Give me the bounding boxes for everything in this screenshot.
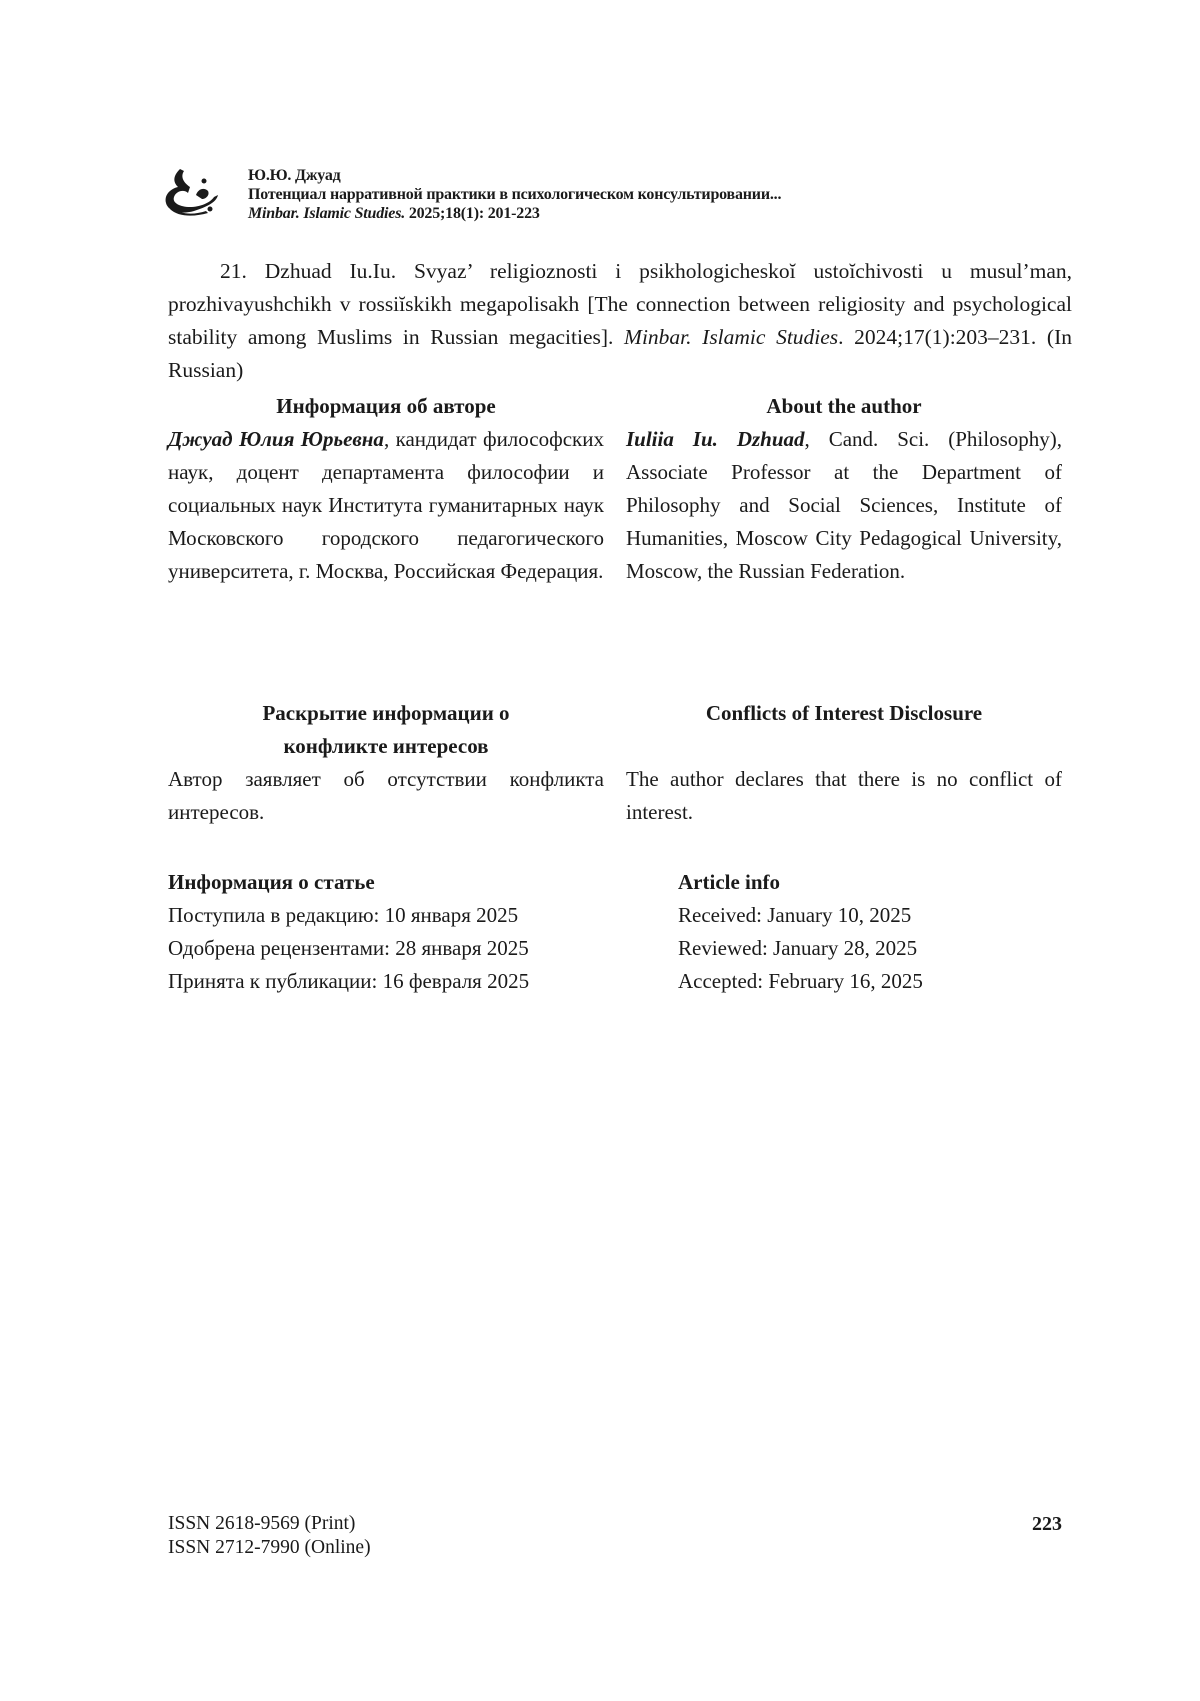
conflicts-en: Conflicts of Interest Disclosure The aut… (626, 697, 1062, 829)
reference-journal: Minbar. Islamic Studies (624, 325, 838, 349)
header-volume-pages: 2025;18(1): 201-223 (405, 205, 540, 222)
conflicts-en-title: Conflicts of Interest Disclosure (626, 697, 1062, 730)
issn-print: ISSN 2618-9569 (Print) (168, 1512, 371, 1536)
journal-logo-icon (160, 165, 222, 221)
article-info-en: Article info Received: January 10, 2025 … (678, 866, 923, 998)
author-info-ru-title: Информация об авторе (168, 390, 604, 423)
article-info-ru-title: Информация о статье (168, 866, 529, 899)
header-author: Ю.Ю. Джуад (248, 166, 781, 185)
article-info-ru: Информация о статье Поступила в редакцию… (168, 866, 529, 998)
article-info-en-title: Article info (678, 866, 923, 899)
header-citation: Minbar. Islamic Studies. 2025;18(1): 201… (248, 204, 781, 223)
header-journal-name: Minbar. Islamic Studies. (248, 205, 405, 222)
author-name-ru: Джуад Юлия Юрьевна (168, 427, 384, 451)
article-accepted-ru: Принята к публикации: 16 февраля 2025 (168, 965, 529, 998)
article-accepted-en: Accepted: February 16, 2025 (678, 965, 923, 998)
page-number: 223 (1032, 1512, 1062, 1536)
conflicts-en-text: The author declares that there is no con… (626, 763, 1062, 829)
issn-online: ISSN 2712-7990 (Online) (168, 1536, 371, 1560)
author-info-ru-text: Джуад Юлия Юрьевна, кандидат философских… (168, 423, 604, 588)
header-article-title: Потенциал нарративной практики в психоло… (248, 185, 781, 204)
author-name-en: Iuliia Iu. Dzhuad (626, 427, 805, 451)
running-header: Ю.Ю. Джуад Потенциал нарративной практик… (248, 166, 781, 223)
author-info-en-text: Iuliia Iu. Dzhuad, Cand. Sci. (Philosoph… (626, 423, 1062, 588)
conflicts-ru: Раскрытие информации о конфликте интерес… (168, 697, 604, 829)
conflicts-ru-text: Автор заявляет об отсутствии конфликта и… (168, 763, 604, 829)
reference-21: 21. Dzhuad Iu.Iu. Svyaz’ religioznosti i… (168, 255, 1072, 387)
article-reviewed-ru: Одобрена рецензентами: 28 января 2025 (168, 932, 529, 965)
author-info-en-title: About the author (626, 390, 1062, 423)
article-reviewed-en: Reviewed: January 28, 2025 (678, 932, 923, 965)
conflicts-ru-title: Раскрытие информации о конфликте интерес… (168, 697, 604, 763)
article-received-en: Received: January 10, 2025 (678, 899, 923, 932)
footer-issn: ISSN 2618-9569 (Print) ISSN 2712-7990 (O… (168, 1512, 371, 1560)
article-received-ru: Поступила в редакцию: 10 января 2025 (168, 899, 529, 932)
author-info-ru: Информация об авторе Джуад Юлия Юрьевна,… (168, 390, 604, 588)
author-info-en: About the author Iuliia Iu. Dzhuad, Cand… (626, 390, 1062, 588)
